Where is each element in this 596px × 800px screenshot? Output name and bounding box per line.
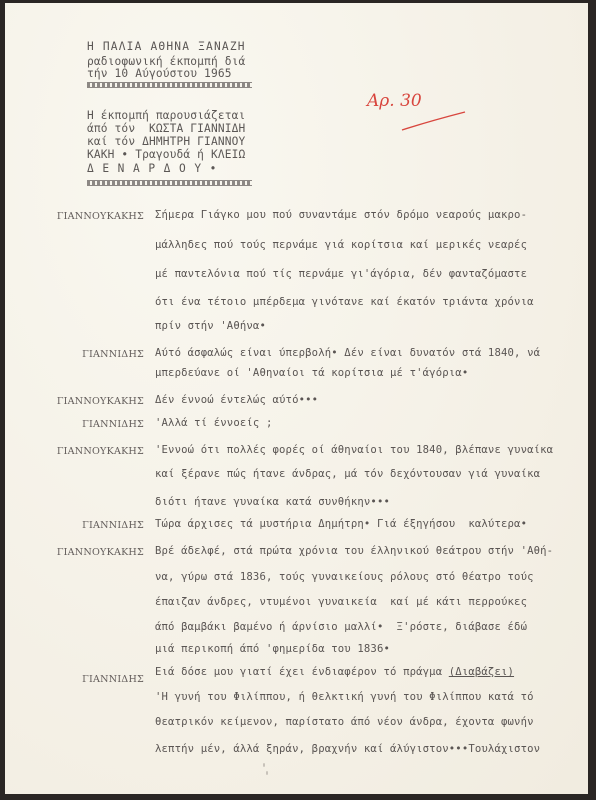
speaker-label: ΓΙΑΝΝΟΥΚΑΚΗΣ (24, 211, 144, 222)
dialogue-line: Τώρα άρχισες τά μυστήρια Δημήτρη• Γιά έξ… (155, 519, 527, 530)
dialogue-line: πρίν στήν 'Αθήνα• (155, 321, 266, 332)
dialogue-line: Αύτό άσφαλώς είναι ύπερβολή• Δέν είναι δ… (155, 348, 540, 359)
speaker-label: ΓΙΑΝΝΟΥΚΑΚΗΣ (24, 446, 144, 457)
speaker-label: ΓΙΑΝΝΙΔΗΣ (24, 674, 144, 685)
dialogue-line: λεπτήν μέν, άλλά ξηράν, βραχνήν καί άλύγ… (155, 744, 540, 755)
speaker-label: ΓΙΑΝΝΙΔΗΣ (24, 520, 144, 531)
typewritten-page: Η ΠΑΛΙΑ ΑΘΗΝΑ ΞΑΝΑΖΗ ραδιοφωνική έκπομπή… (5, 3, 588, 794)
dialogue-text: Ειά δόσε μου γιατί έχει ένδιαφέρον τό πρ… (155, 666, 442, 678)
speaker-label: ΓΙΑΝΝΟΥΚΑΚΗΣ (24, 396, 144, 407)
paper-mark (266, 771, 268, 775)
dialogue-line: να, γύρω στά 1836, τούς γυναικείους ρόλο… (155, 572, 534, 583)
dialogue-line: θεατρικόν κείμενον, παρίστατο άπό νέον ά… (155, 717, 534, 728)
speaker-label: ΓΙΑΝΝΙΔΗΣ (24, 419, 144, 430)
dialogue-line: Βρέ άδελφέ, στά πρώτα χρόνια του έλληνικ… (155, 546, 553, 557)
dialogue-line: έπαιζαν άνδρες, ντυμένοι γυναικεία καί μ… (155, 597, 527, 608)
paper-mark (263, 763, 265, 767)
dialogue-line: διότι ήτανε γυναίκα κατά συνθήκην••• (155, 497, 390, 508)
dialogue-line: μιά περικοπή άπό 'φημερίδα του 1836• (155, 644, 390, 655)
dialogue-line: μέ παντελόνια πού τίς περνάμε γι'άγόρια,… (155, 269, 527, 280)
speaker-label: ΓΙΑΝΝΙΔΗΣ (24, 349, 144, 360)
dialogue-line: άπό βαμβάκι βαμένο ή άρνίσιο μαλλί• Ξ'ρό… (155, 622, 527, 633)
dialogue-line: 'Αλλά τί έννοείς ; (155, 418, 273, 429)
dialogue-line: καί ξέρανε πώς ήτανε άνδρας, μά τόν δεχό… (155, 469, 540, 480)
dialogue-line: Σήμερα Γιάγκο μου πού συναντάμε στόν δρό… (155, 210, 527, 221)
dialogue-line: Δέν έννοώ έντελώς αύτό••• (155, 395, 318, 406)
dialogue-line: 'Η γυνή του Φιλίππου, ή θελκτική γυνή το… (155, 692, 534, 703)
dialogue-line: Ειά δόσε μου γιατί έχει ένδιαφέρον τό πρ… (155, 667, 514, 678)
dialogue-line: μάλληδες πού τούς περνάμε γιά κορίτσια κ… (155, 240, 527, 251)
speaker-label: ΓΙΑΝΝΟΥΚΑΚΗΣ (24, 547, 144, 558)
dialogue-line: ότι ένα τέτοιο μπέρδεμα γινότανε καί έκα… (155, 297, 534, 308)
stage-direction: (Διαβάζει) (449, 666, 514, 678)
dialogue-line: 'Εννοώ ότι πολλές φορές οί άθηναίοι του … (155, 445, 553, 456)
dialogue-line: μπερδεύανε οί 'Αθηναίοι τά κορίτσια μέ τ… (155, 368, 468, 379)
